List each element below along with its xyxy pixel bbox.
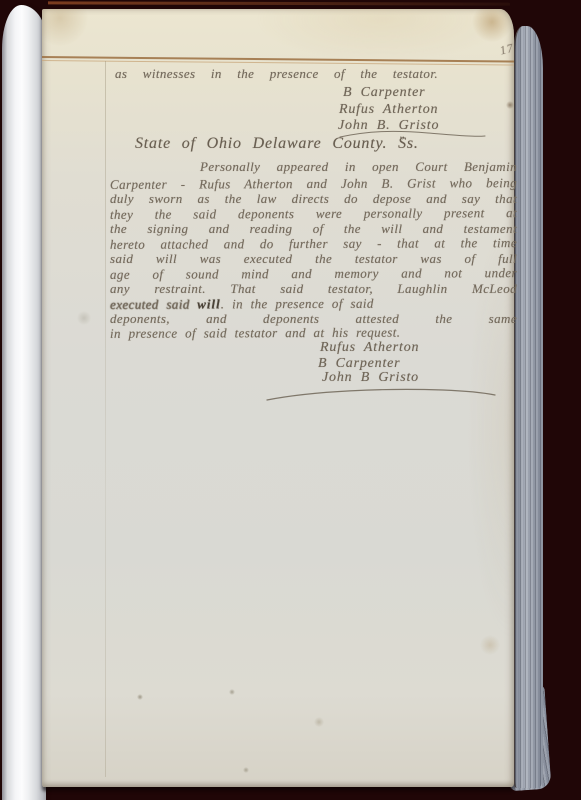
signature: B Carpenter	[343, 85, 425, 100]
page-guard-strip	[2, 5, 46, 800]
signature: Rufus Atherton	[339, 102, 438, 117]
manuscript-line: Carpenter - Rufus Atherton and John B. G…	[110, 175, 517, 192]
book-cover-edge	[48, 1, 510, 5]
manuscript-line: age of sound mind and memory and not und…	[110, 265, 517, 282]
ledger-page: 17 as witnesses in the presence of the t…	[42, 9, 514, 787]
manuscript-line: hereto attached and do further say - tha…	[110, 235, 517, 252]
closing-flourish	[263, 387, 499, 405]
handwriting-layer: as witnesses in the presence of the test…	[42, 9, 514, 787]
manuscript-line: said will was executed the testator was …	[110, 251, 517, 266]
manuscript-line: duly sworn as the law directs do depose …	[110, 191, 517, 206]
jurat-heading: State of Ohio Delaware County. Ss.	[135, 136, 419, 151]
manuscript-line: in presence of said testator and at his …	[110, 324, 517, 341]
will-word: will	[197, 296, 221, 311]
manuscript-line: any restraint. That said testator, Laugh…	[110, 281, 517, 296]
signature: B Carpenter	[318, 356, 400, 371]
emphasis-line-pre: executed said	[110, 297, 197, 312]
manuscript-opening-line: as witnesses in the presence of the test…	[115, 66, 438, 81]
photo-backdrop: { "page": { "folio_number": "17" }, "man…	[0, 0, 581, 800]
manuscript-line-emphasis: executed said will. in the presence of s…	[110, 295, 517, 312]
manuscript-line: the signing and reading of the will and …	[110, 221, 517, 236]
signature: John B Gristo	[322, 370, 419, 385]
page-edges-right	[513, 26, 543, 788]
manuscript-line: Personally appeared in open Court Benjam…	[200, 159, 517, 174]
manuscript-line: they the said deponents were personally …	[110, 205, 517, 222]
emphasis-line-post: . in the presence of said	[221, 296, 374, 312]
signature: Rufus Atherton	[320, 340, 419, 355]
book-photo: 17 as witnesses in the presence of the t…	[0, 0, 581, 800]
